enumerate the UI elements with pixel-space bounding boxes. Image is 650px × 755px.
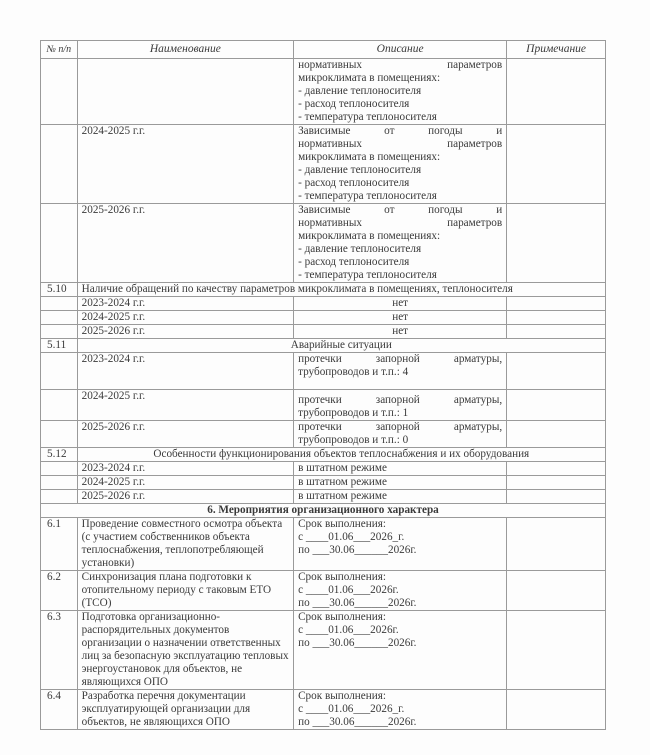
- header-num: № п/п: [41, 41, 78, 59]
- period-cell: 2025-2026 г.г.: [77, 490, 293, 504]
- section-row-5-12: 5.12 Особенности функционирования объект…: [41, 448, 606, 462]
- desc-cell: нормативных параметров микроклимата в по…: [294, 59, 507, 125]
- table-row: 2024-2025 г.г. протечки запорной арматур…: [41, 390, 606, 421]
- item-name: Синхронизация плана подготовки к отопите…: [77, 571, 293, 611]
- table-row: 2025-2026 г.г. протечки запорной арматур…: [41, 421, 606, 448]
- desc-cell: протечки запорной арматуры, трубопроводо…: [294, 421, 507, 448]
- desc-cell: в штатном режиме: [294, 462, 507, 476]
- period-cell: 2023-2024 г.г.: [77, 462, 293, 476]
- table-row: 2023-2024 г.г. протечки запорной арматур…: [41, 353, 606, 390]
- period-cell: 2024-2025 г.г.: [77, 311, 293, 325]
- period-cell: 2025-2026 г.г.: [77, 325, 293, 339]
- item-number: 6.1: [41, 518, 78, 571]
- period-cell: 2023-2024 г.г.: [77, 297, 293, 311]
- item-name: Разработка перечня документации эксплуат…: [77, 690, 293, 730]
- table-row: нормативных параметров микроклимата в по…: [41, 59, 606, 125]
- table-row: 2025-2026 г.г. в штатном режиме: [41, 490, 606, 504]
- table-row: 6.1 Проведение совместного осмотра объек…: [41, 518, 606, 571]
- desc-cell: Зависимые от погоды и нормативных параме…: [294, 125, 507, 204]
- period-cell: 2025-2026 г.г.: [77, 204, 293, 283]
- section-title: Особенности функционирования объектов те…: [77, 448, 605, 462]
- section-row-5-11: 5.11 Аварийные ситуации: [41, 339, 606, 353]
- section-title: Наличие обращений по качеству параметров…: [77, 283, 605, 297]
- item-name: Проведение совместного осмотра объекта (…: [77, 518, 293, 571]
- header-name: Наименование: [77, 41, 293, 59]
- section-6-heading-row: 6. Мероприятия организационного характер…: [41, 504, 606, 518]
- section-row-5-10: 5.10 Наличие обращений по качеству парам…: [41, 283, 606, 297]
- period-cell: 2024-2025 г.г.: [77, 390, 293, 421]
- period-cell: 2024-2025 г.г.: [77, 476, 293, 490]
- item-number: 6.2: [41, 571, 78, 611]
- period-cell: 2025-2026 г.г.: [77, 421, 293, 448]
- desc-cell: протечки запорной арматуры, трубопроводо…: [294, 353, 507, 390]
- item-number: 6.4: [41, 690, 78, 730]
- period-cell: 2024-2025 г.г.: [77, 125, 293, 204]
- term-cell: Срок выполнения: с ____01.06___2026_г. п…: [294, 518, 507, 571]
- table-row: 2024-2025 г.г. Зависимые от погоды и нор…: [41, 125, 606, 204]
- section-number: 5.12: [41, 448, 78, 462]
- table-row: 2023-2024 г.г. нет: [41, 297, 606, 311]
- header-note: Примечание: [507, 41, 606, 59]
- desc-cell: протечки запорной арматуры, трубопроводо…: [294, 390, 507, 421]
- term-cell: Срок выполнения: с ____01.06___2026г. по…: [294, 571, 507, 611]
- table-header-row: № п/п Наименование Описание Примечание: [41, 41, 606, 59]
- term-cell: Срок выполнения: с ____01.06___2026_г. п…: [294, 690, 507, 730]
- section-6-title: 6. Мероприятия организационного характер…: [41, 504, 606, 518]
- section-number: 5.11: [41, 339, 78, 353]
- term-cell: Срок выполнения: с ____01.06___2026г. по…: [294, 611, 507, 690]
- table-row: 6.3 Подготовка организационно-распорядит…: [41, 611, 606, 690]
- table-row: 2025-2026 г.г. Зависимые от погоды и нор…: [41, 204, 606, 283]
- desc-cell: нет: [294, 297, 507, 311]
- period-cell: 2023-2024 г.г.: [77, 353, 293, 390]
- document-page: № п/п Наименование Описание Примечание н…: [40, 40, 606, 730]
- heat-supply-table: № п/п Наименование Описание Примечание н…: [40, 40, 606, 730]
- desc-cell: в штатном режиме: [294, 476, 507, 490]
- table-row: 2024-2025 г.г. нет: [41, 311, 606, 325]
- item-name: Подготовка организационно-распорядительн…: [77, 611, 293, 690]
- table-row: 6.2 Синхронизация плана подготовки к ото…: [41, 571, 606, 611]
- header-desc: Описание: [294, 41, 507, 59]
- table-row: 2025-2026 г.г. нет: [41, 325, 606, 339]
- desc-cell: нет: [294, 325, 507, 339]
- table-row: 6.4 Разработка перечня документации эксп…: [41, 690, 606, 730]
- desc-cell: в штатном режиме: [294, 490, 507, 504]
- table-row: 2024-2025 г.г. в штатном режиме: [41, 476, 606, 490]
- table-row: 2023-2024 г.г. в штатном режиме: [41, 462, 606, 476]
- item-number: 6.3: [41, 611, 78, 690]
- desc-cell: Зависимые от погоды и нормативных параме…: [294, 204, 507, 283]
- section-title: Аварийные ситуации: [77, 339, 605, 353]
- section-number: 5.10: [41, 283, 78, 297]
- desc-cell: нет: [294, 311, 507, 325]
